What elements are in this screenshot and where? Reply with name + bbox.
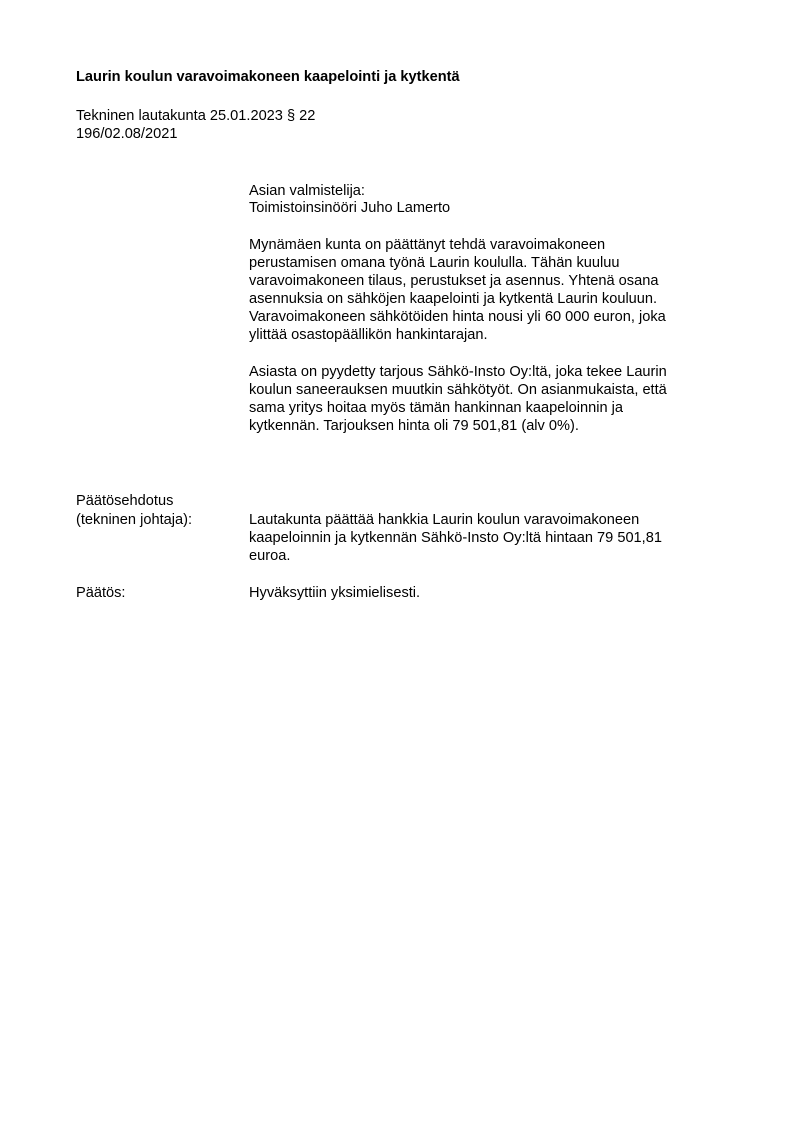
text-line: perustamisen omana työnä Laurin koululla… [249,254,719,272]
text-line: koulun saneerauksen muutkin sähkötyöt. O… [249,381,719,399]
meeting-reference: Tekninen lautakunta 25.01.2023 § 22 [76,107,315,125]
paragraph-offer: Asiasta on pyydetty tarjous Sähkö-Insto … [249,363,719,435]
text-line: Varavoimakoneen sähkötöiden hinta nousi … [249,308,719,326]
paragraph-background: Mynämäen kunta on päättänyt tehdä varavo… [249,236,719,344]
text-line: Asiasta on pyydetty tarjous Sähkö-Insto … [249,363,719,381]
text-line: varavoimakoneen tilaus, perustukset ja a… [249,272,719,290]
text-line: Mynämäen kunta on päättänyt tehdä varavo… [249,236,719,254]
text-line: ylittää osastopäällikön hankintarajan. [249,326,719,344]
proposal-author-label: (tekninen johtaja): [76,511,192,529]
preparer-name: Toimistoinsinööri Juho Lamerto [249,199,719,217]
text-line: sama yritys hoitaa myös tämän hankinnan … [249,399,719,417]
proposal-text: Lautakunta päättää hankkia Laurin koulun… [249,511,719,565]
record-number: 196/02.08/2021 [76,125,177,143]
text-line: euroa. [249,547,719,565]
proposal-label: Päätösehdotus [76,492,173,510]
text-line: kaapeloinnin ja kytkennän Sähkö-Insto Oy… [249,529,719,547]
decision-text: Hyväksyttiin yksimielisesti. [249,584,719,602]
text-line: asennuksia on sähköjen kaapelointi ja ky… [249,290,719,308]
preparer-label: Asian valmistelija: [249,182,719,200]
text-line: kytkennän. Tarjouksen hinta oli 79 501,8… [249,417,719,435]
text-line: Lautakunta päättää hankkia Laurin koulun… [249,511,719,529]
decision-label: Päätös: [76,584,126,602]
document-title: Laurin koulun varavoimakoneen kaapeloint… [76,68,460,86]
